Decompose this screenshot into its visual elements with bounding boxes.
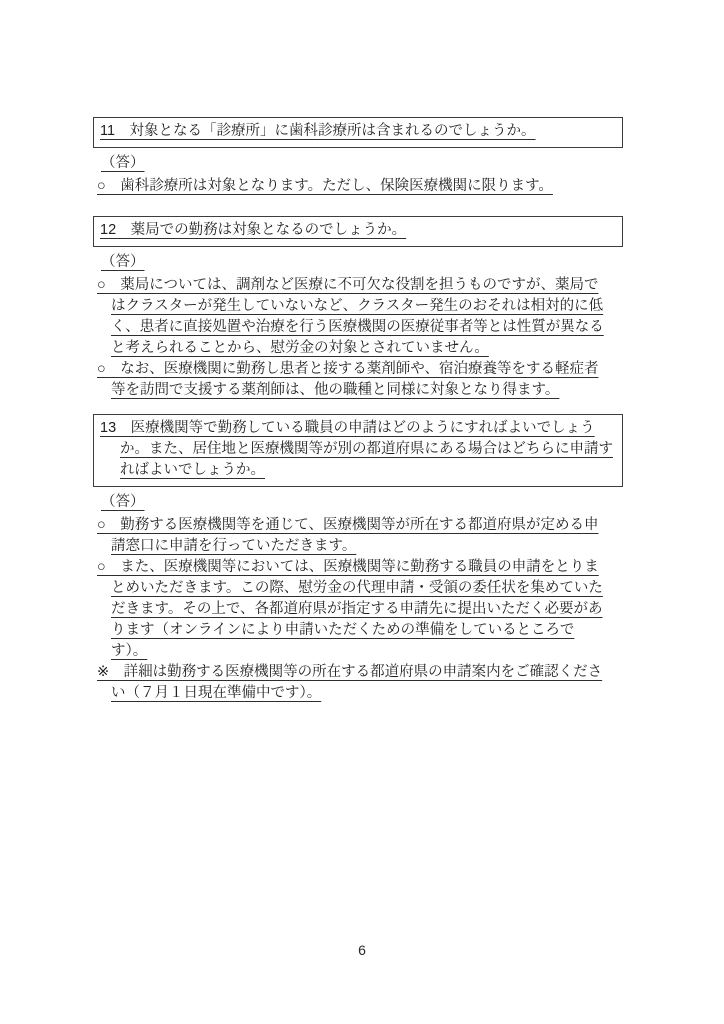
answer-line: とめいただきます。この際、慰労金の代理申請・受領の委任状を集めていた [111,578,603,599]
answer-item: ○ 勤務する医療機関等を通じて、医療機関等が所在する都道府県が定める申 請窓口に… [93,515,623,557]
answer-line: と考えられることから、慰労金の対象とされていません。 [111,338,489,359]
question-13-text: 13 医療機関等で勤務している職員の申請はどのようにすればよいでしょう [100,418,595,439]
answer-item: ○ 薬局については、調剤など医療に不可欠な役割を担うものですが、薬局で はクラス… [93,275,623,359]
question-11-text: 11 対象となる「診療所」に歯科診療所は含まれるのでしょうか。 [100,121,536,142]
answer-line: 等を訪問で支援する薬剤師は、他の職種と同様に対象となり得ます。 [111,380,559,401]
answer-line: ○ 勤務する医療機関等を通じて、医療機関等が所在する都道府県が定める申 [97,515,598,536]
faq-section-12: 12 薬局での勤務は対象となるのでしょうか。 （答） ○ 薬局については、調剤な… [93,216,623,401]
answer-line: ○ 歯科診療所は対象となります。ただし、保険医療機関に限ります。 [97,176,553,197]
answer-line: はクラスターが発生していないなど、クラスター発生のおそれは相対的に低 [111,296,603,317]
answer-item: ○ また、医療機関等においては、医療機関等に勤務する職員の申請をとりま とめいた… [93,557,623,662]
answer-label-11: （答） [101,153,145,174]
question-13-text: か。また、居住地と医療機関等が別の都道府県にある場合はどちらに申請す [120,439,613,460]
note-line: い（７月１日現在準備中です）。 [111,683,321,704]
question-box-12: 12 薬局での勤務は対象となるのでしょうか。 [93,216,623,247]
answer-line: ります（オンラインにより申請いただくための準備をしているところで [111,620,574,641]
answer-line: ○ また、医療機関等においては、医療機関等に勤務する職員の申請をとりま [97,557,599,578]
answer-line: 請窓口に申請を行っていただきます。 [111,536,356,557]
note-item: ※ 詳細は勤務する医療機関等の所在する都道府県の申請案内をご確認くださ い（７月… [93,662,623,704]
question-box-13: 13 医療機関等で勤務している職員の申請はどのようにすればよいでしょう か。また… [93,414,623,487]
answer-line: だきます。その上で、各都道府県が指定する申請先に提出いただく必要があ [111,599,603,620]
answer-label-13: （答） [101,492,145,513]
note-line: ※ 詳細は勤務する医療機関等の所在する都道府県の申請案内をご確認くださ [97,662,602,683]
question-13-text: ればよいでしょうか。 [120,460,265,481]
answer-label-12: （答） [101,252,145,273]
answer-line: く、患者に直接処置や治療を行う医療機関の医療従事者等とは性質が異なる [111,317,604,338]
faq-section-13: 13 医療機関等で勤務している職員の申請はどのようにすればよいでしょう か。また… [93,414,623,704]
document-content: 11 対象となる「診療所」に歯科診療所は含まれるのでしょうか。 （答） ○ 歯科… [93,117,623,723]
question-box-11: 11 対象となる「診療所」に歯科診療所は含まれるのでしょうか。 [93,117,623,148]
answer-line: ○ なお、医療機関に勤務し患者と接する薬剤師や、宿泊療養等をする軽症者 [97,359,598,380]
page-number: 6 [0,942,724,958]
document-page: 11 対象となる「診療所」に歯科診療所は含まれるのでしょうか。 （答） ○ 歯科… [0,0,724,1024]
answer-line: す）。 [111,641,147,662]
question-12-text: 12 薬局での勤務は対象となるのでしょうか。 [100,220,406,241]
faq-section-11: 11 対象となる「診療所」に歯科診療所は含まれるのでしょうか。 （答） ○ 歯科… [93,117,623,197]
answer-line: ○ 薬局については、調剤など医療に不可欠な役割を担うものですが、薬局で [97,275,598,296]
answer-item: ○ 歯科診療所は対象となります。ただし、保険医療機関に限ります。 [93,176,623,197]
answer-item: ○ なお、医療機関に勤務し患者と接する薬剤師や、宿泊療養等をする軽症者 等を訪問… [93,359,623,401]
